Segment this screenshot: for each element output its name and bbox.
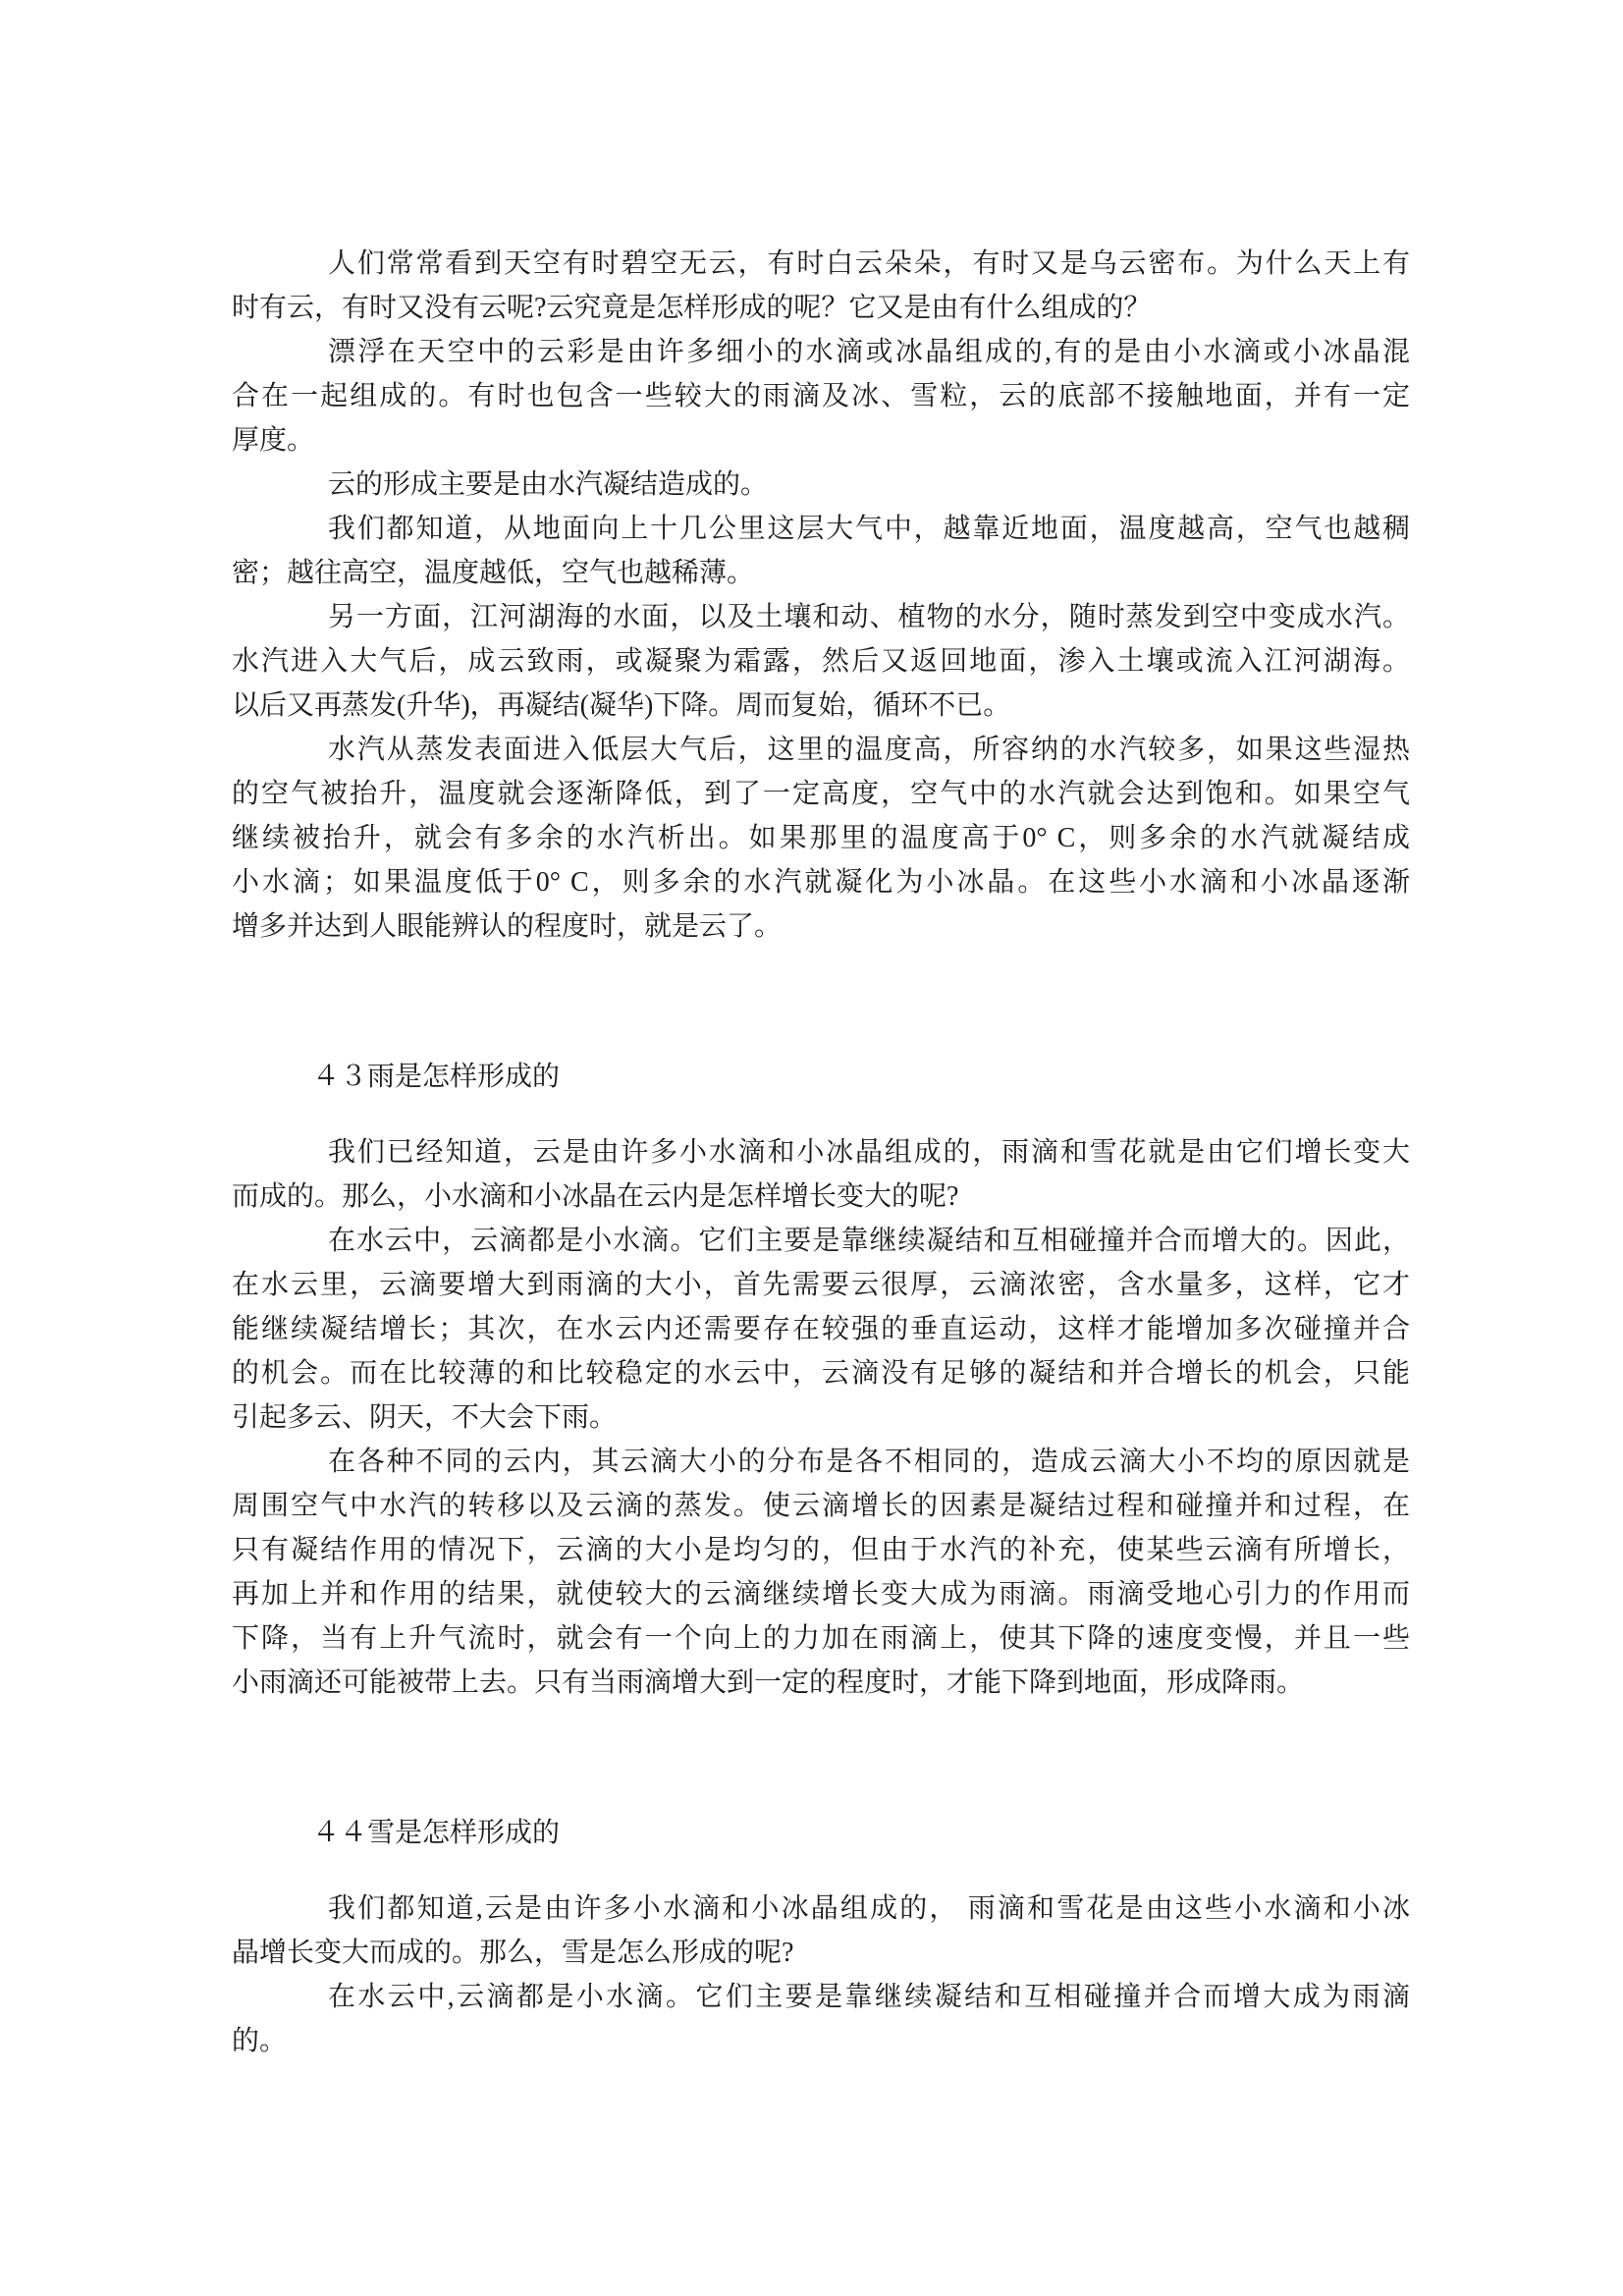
text-line: 小水滴；如果温度低于0° C，则多余的水汽就凝化为小冰晶。在这些小水滴和小冰晶逐… [232,860,1410,904]
paragraph: 水汽从蒸发表面进入低层大气后，这里的温度高，所容纳的水汽较多，如果这些湿热的空气… [232,728,1410,949]
text-line: 我们都知道，从地面向上十几公里这层大气中，越靠近地面，温度越高，空气也越稠 [232,507,1410,551]
text-line: 的机会。而在比较薄的和比较稳定的水云中，云滴没有足够的凝结和并合增长的机会，只能 [232,1351,1410,1395]
text-line: 周围空气中水汽的转移以及云滴的蒸发。使云滴增长的因素是凝结过程和碰撞并和过程，在 [232,1484,1410,1528]
paragraph: 另一方面，江河湖海的水面，以及土壤和动、植物的水分，随时蒸发到空中变成水汽。水汽… [232,595,1410,728]
text-line: 以后又再蒸发(升华)，再凝结(凝华)下降。周而复始，循环不已。 [232,683,1410,728]
text-line: 再加上并和作用的结果，就使较大的云滴继续增长变大成为雨滴。雨滴受地心引力的作用而 [232,1572,1410,1616]
paragraph: 在水云中，云滴都是小水滴。它们主要是靠继续凝结和互相碰撞并合而增大的。因此，在水… [232,1219,1410,1440]
text-line: 增多并达到人眼能辨认的程度时，就是云了。 [232,904,1410,949]
text-line: 的。 [232,2019,1410,2063]
document-page: 人们常常看到天空有时碧空无云，有时白云朵朵，有时又是乌云密布。为什么天上有时有云… [0,0,1623,2296]
text-line: 晶增长变大而成的。那么，雪是怎么形成的呢? [232,1931,1410,1975]
text-line: 在水云中，云滴都是小水滴。它们主要是靠继续凝结和互相碰撞并合而增大的。因此， [232,1219,1410,1263]
text-line: 人们常常看到天空有时碧空无云，有时白云朵朵，有时又是乌云密布。为什么天上有 [232,242,1410,286]
paragraph: 漂浮在天空中的云彩是由许多细小的水滴或冰晶组成的,有的是由小水滴或小冰晶混合在一… [232,330,1410,463]
text-line: 我们都知道,云是由许多小水滴和小冰晶组成的， 雨滴和雪花是由这些小水滴和小冰 [232,1886,1410,1931]
section: ４３雨是怎样形成的我们已经知道，云是由许多小水滴和小冰晶组成的，雨滴和雪花就是由… [232,1055,1410,1705]
text-line: 的空气被抬升，温度就会逐渐降低，到了一定高度，空气中的水汽就会达到饱和。如果空气 [232,772,1410,816]
text-line: 只有凝结作用的情况下，云滴的大小是均匀的，但由于水汽的补充，使某些云滴有所增长， [232,1528,1410,1572]
paragraph: 人们常常看到天空有时碧空无云，有时白云朵朵，有时又是乌云密布。为什么天上有时有云… [232,242,1410,330]
paragraph: 在各种不同的云内，其云滴大小的分布是各不相同的，造成云滴大小不均的原因就是周围空… [232,1440,1410,1705]
text-line: 引起多云、阴天，不大会下雨。 [232,1395,1410,1440]
text-line: 合在一起组成的。有时也包含一些较大的雨滴及冰、雪粒，云的底部不接触地面，并有一定 [232,374,1410,418]
text-line: 继续被抬升，就会有多余的水汽析出。如果那里的温度高于0° C，则多余的水汽就凝结… [232,816,1410,860]
text-line: 水汽进入大气后，成云致雨，或凝聚为霜露，然后又返回地面，渗入土壤或流入江河湖海。 [232,639,1410,683]
section: ４４雪是怎样形成的我们都知道,云是由许多小水滴和小冰晶组成的， 雨滴和雪花是由这… [232,1811,1410,2063]
text-line: 下降，当有上升气流时，就会有一个向上的力加在雨滴上，使其下降的速度变慢，并且一些 [232,1616,1410,1661]
paragraph: 我们已经知道，云是由许多小水滴和小冰晶组成的，雨滴和雪花就是由它们增长变大而成的… [232,1130,1410,1219]
text-line: 而成的。那么，小水滴和小冰晶在云内是怎样增长变大的呢? [232,1175,1410,1219]
paragraph: 在水云中,云滴都是小水滴。它们主要是靠继续凝结和互相碰撞并合而增大成为雨滴的。 [232,1975,1410,2063]
paragraph: 我们都知道,云是由许多小水滴和小冰晶组成的， 雨滴和雪花是由这些小水滴和小冰晶增… [232,1886,1410,1975]
text-line: 时有云，有时又没有云呢?云究竟是怎样形成的呢？它又是由有什么组成的？ [232,286,1410,330]
text-line: 我们已经知道，云是由许多小水滴和小冰晶组成的，雨滴和雪花就是由它们增长变大 [232,1130,1410,1175]
paragraph: 云的形成主要是由水汽凝结造成的。 [232,463,1410,507]
section: 人们常常看到天空有时碧空无云，有时白云朵朵，有时又是乌云密布。为什么天上有时有云… [232,242,1410,949]
text-line: 在各种不同的云内，其云滴大小的分布是各不相同的，造成云滴大小不均的原因就是 [232,1440,1410,1484]
text-line: 厚度。 [232,418,1410,463]
text-line: 云的形成主要是由水汽凝结造成的。 [232,463,1410,507]
text-line: 在水云中,云滴都是小水滴。它们主要是靠继续凝结和互相碰撞并合而增大成为雨滴 [232,1975,1410,2019]
text-line: 在水云里，云滴要增大到雨滴的大小，首先需要云很厚，云滴浓密，含水量多，这样，它才 [232,1263,1410,1307]
text-line: 另一方面，江河湖海的水面，以及土壤和动、植物的水分，随时蒸发到空中变成水汽。 [232,595,1410,639]
text-line: 密；越往高空，温度越低，空气也越稀薄。 [232,551,1410,595]
section-heading: ４４雪是怎样形成的 [232,1811,1410,1855]
paragraph: 我们都知道，从地面向上十几公里这层大气中，越靠近地面，温度越高，空气也越稠密；越… [232,507,1410,595]
document-body: 人们常常看到天空有时碧空无云，有时白云朵朵，有时又是乌云密布。为什么天上有时有云… [232,242,1410,2063]
section-heading: ４３雨是怎样形成的 [232,1055,1410,1099]
text-line: 漂浮在天空中的云彩是由许多细小的水滴或冰晶组成的,有的是由小水滴或小冰晶混 [232,330,1410,374]
text-line: 能继续凝结增长；其次，在水云内还需要存在较强的垂直运动，这样才能增加多次碰撞并合 [232,1307,1410,1351]
text-line: 小雨滴还可能被带上去。只有当雨滴增大到一定的程度时，才能下降到地面，形成降雨。 [232,1661,1410,1705]
text-line: 水汽从蒸发表面进入低层大气后，这里的温度高，所容纳的水汽较多，如果这些湿热 [232,728,1410,772]
